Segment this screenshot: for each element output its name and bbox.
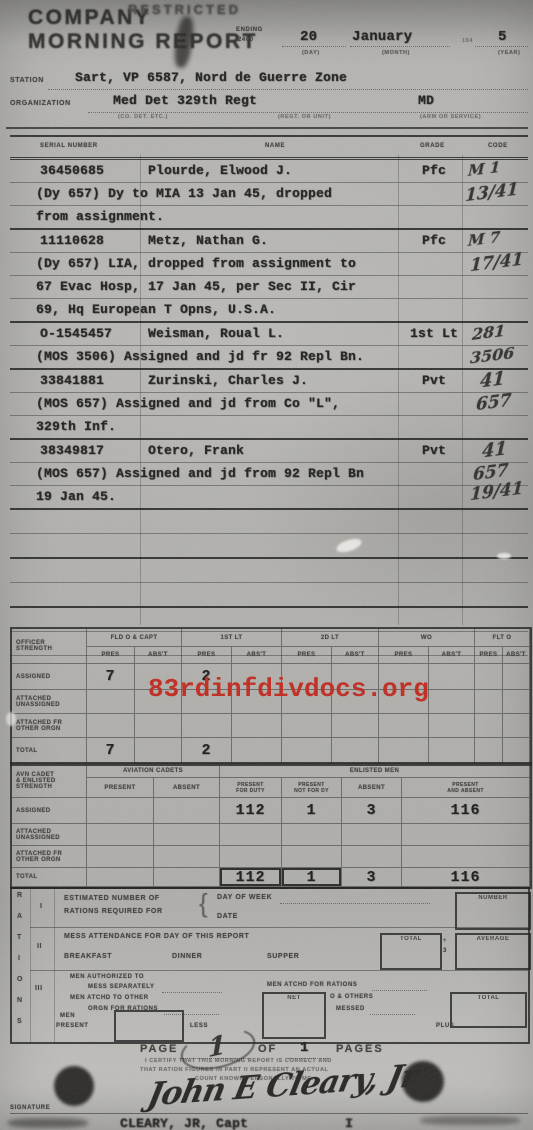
empty-cell bbox=[475, 714, 503, 738]
row-total: TOTAL bbox=[12, 868, 87, 887]
o-and-others-line1: O & OTHERS bbox=[330, 994, 373, 1000]
empty-cell bbox=[379, 738, 429, 764]
serial: 38349817 bbox=[40, 443, 104, 458]
roster-empty-row bbox=[10, 559, 528, 583]
signature-label: SIGNATURE bbox=[10, 1105, 50, 1111]
year-caption: (YEAR) bbox=[498, 50, 521, 56]
value-cell: 3 bbox=[342, 798, 402, 824]
group-1st-lt: 1ST LT bbox=[182, 629, 282, 647]
roster-row: (MOS 657) Assigned and jd from Co "L", 6… bbox=[10, 393, 528, 416]
signature-typed-fragment: I bbox=[345, 1116, 353, 1130]
subhdr-present-not-for-dy: PRESENTNOT FOR DY bbox=[282, 778, 342, 798]
remark: (MOS 3506) Assigned and jd fr 92 Repl Bn… bbox=[36, 349, 364, 364]
date-label: DATE bbox=[217, 913, 238, 920]
empty-cell bbox=[503, 690, 530, 714]
value-cell: 116 bbox=[402, 798, 530, 824]
subhdr-pres: PRES bbox=[87, 647, 135, 664]
roster-row: from assignment. bbox=[10, 206, 528, 230]
o-and-others-line2: MESSED bbox=[336, 1006, 365, 1012]
plus-label: PLUS bbox=[436, 1023, 454, 1029]
roster-empty-row bbox=[10, 534, 528, 559]
empty-cell bbox=[87, 868, 154, 887]
serial: 11110628 bbox=[40, 233, 104, 248]
roster-row: 67 Evac Hosp, 17 Jan 45, per Sec II, Cir bbox=[10, 276, 528, 299]
empty-cell bbox=[282, 824, 342, 846]
subhdr-present-and-absent: PRESENTAND ABSENT bbox=[402, 778, 530, 798]
grade: Pvt bbox=[402, 373, 466, 388]
watermark-text: 83rdinfdivdocs.org bbox=[148, 674, 429, 704]
ending-time: 2400 bbox=[238, 37, 254, 43]
morning-report-scan: COMPANY MORNING REPORT RESTRICTED ENDING… bbox=[0, 0, 533, 1130]
code-handwritten: 13/41 bbox=[465, 180, 519, 207]
empty-cell bbox=[135, 714, 182, 738]
net-box: NET bbox=[262, 992, 326, 1039]
subhdr-present-for-duty: PRESENTFOR DUTY bbox=[220, 778, 282, 798]
roster-empty-row bbox=[10, 583, 528, 608]
roster-row: 38349817 Otero, Frank Pvt 41 bbox=[10, 440, 528, 463]
breakfast-label: BREAKFAST bbox=[64, 953, 112, 960]
organization-value: Med Det 329th Regt bbox=[113, 93, 257, 108]
men-present-line1: MEN bbox=[60, 1013, 75, 1019]
group-fld-o-capt: FLD O & CAPT bbox=[87, 629, 182, 647]
subhdr-pres: PRES bbox=[475, 647, 503, 664]
number-box: NUMBER bbox=[455, 892, 531, 930]
remark: (Dy 657) Dy to MIA 13 Jan 45, dropped bbox=[36, 186, 332, 201]
part-ii: II bbox=[37, 943, 42, 950]
grade: Pvt bbox=[402, 443, 466, 458]
mess-attendance-label: MESS ATTENDANCE FOR DAY OF THIS REPORT bbox=[64, 933, 249, 940]
empty-cell bbox=[379, 714, 429, 738]
rations-letter: O bbox=[17, 976, 23, 983]
remark: 19 Jan 45. bbox=[36, 489, 116, 504]
org-caption-left: (CO. DET. ETC.) bbox=[118, 114, 168, 120]
empty-cell bbox=[332, 714, 379, 738]
subhdr-pres: PRES bbox=[282, 647, 332, 664]
empty-cell bbox=[503, 738, 530, 764]
roster-row: 19 Jan 45. 19/41 bbox=[10, 486, 528, 510]
organization-label: ORGANIZATION bbox=[10, 100, 71, 107]
code-handwritten: M 1 bbox=[468, 158, 501, 180]
org-caption-right: (ARM OR SERVICE) bbox=[420, 114, 481, 120]
rations-letter-divider bbox=[30, 889, 31, 1042]
estimated-rations-line1: ESTIMATED NUMBER OF bbox=[64, 895, 160, 902]
men-present-line2: PRESENT bbox=[56, 1023, 89, 1029]
serial: 33841881 bbox=[40, 373, 104, 388]
empty-cell bbox=[332, 738, 379, 764]
rations-letter: I bbox=[18, 955, 21, 962]
ending-label: ENDING bbox=[236, 27, 263, 33]
roster-row: (MOS 3506) Assigned and jd fr 92 Repl Bn… bbox=[10, 346, 528, 370]
part-i: I bbox=[40, 903, 43, 910]
divide-three: 3 bbox=[443, 948, 447, 954]
brace: { bbox=[199, 888, 208, 919]
of-label: OF bbox=[258, 1043, 277, 1055]
empty-cell bbox=[429, 690, 475, 714]
men-authorized-line2: MESS SEPARATELY bbox=[88, 984, 155, 990]
total-box-2: TOTAL bbox=[450, 992, 527, 1028]
empty-cell bbox=[182, 714, 232, 738]
remark: (Dy 657) LIA, dropped from assignment to bbox=[36, 256, 356, 271]
remark: (MOS 657) Assigned and jd from 92 Repl B… bbox=[36, 466, 364, 481]
empty-cell bbox=[402, 846, 530, 868]
code-handwritten: 17/41 bbox=[470, 250, 524, 277]
subhdr-abst: ABS'T bbox=[232, 647, 282, 664]
name: Metz, Nathan G. bbox=[148, 233, 268, 248]
roster-row: O-1545457 Weisman, Roual L. 1st Lt 281 bbox=[10, 323, 528, 346]
subhdr-abst: ABS'T bbox=[429, 647, 475, 664]
code-handwritten: 281 bbox=[472, 321, 506, 344]
remark: from assignment. bbox=[36, 209, 164, 224]
date-year: 5 bbox=[498, 29, 507, 45]
name: Zurinski, Charles J. bbox=[148, 373, 308, 388]
part-iii: III bbox=[35, 985, 43, 992]
empty-cell bbox=[503, 664, 530, 690]
empty-cell bbox=[429, 738, 475, 764]
date-day: 20 bbox=[300, 29, 317, 45]
cutoff-text-smear bbox=[420, 1116, 520, 1125]
subhdr-cadet-present: PRESENT bbox=[87, 778, 154, 798]
organization-arm: MD bbox=[418, 93, 434, 108]
empty-cell bbox=[282, 846, 342, 868]
roster-row: 11110628 Metz, Nathan G. Pfc M 7 bbox=[10, 230, 528, 253]
page-label: PAGE bbox=[140, 1043, 178, 1055]
value-cell: 112 bbox=[220, 868, 282, 887]
empty-cell bbox=[154, 868, 220, 887]
subhdr-absent: ABSENT bbox=[342, 778, 402, 798]
rations-divider-1 bbox=[30, 927, 528, 928]
code-handwritten: 3506 bbox=[470, 343, 515, 368]
col-serial-number: SERIAL NUMBER bbox=[40, 143, 98, 149]
cutoff-text-smear bbox=[8, 1118, 88, 1128]
group-enlisted-men: ENLISTED MEN bbox=[220, 764, 530, 778]
row-assigned: ASSIGNED bbox=[12, 798, 87, 824]
men-present-box bbox=[114, 1010, 184, 1042]
roster-row: (Dy 657) LIA, dropped from assignment to… bbox=[10, 253, 528, 276]
scratch-mark bbox=[6, 712, 16, 726]
remark: 67 Evac Hosp, 17 Jan 45, per Sec II, Cir bbox=[36, 279, 356, 294]
value-cell: 1 bbox=[282, 798, 342, 824]
remark: 329th Inf. bbox=[36, 419, 116, 434]
roster-row: 69, Hq European T Opns, U.S.A. bbox=[10, 299, 528, 323]
empty-cell bbox=[402, 824, 530, 846]
divide-sign: ÷ bbox=[443, 938, 447, 944]
form-title-line2: MORNING REPORT bbox=[28, 30, 258, 54]
empty-cell bbox=[429, 714, 475, 738]
empty-cell bbox=[232, 714, 282, 738]
value-cell: 3 bbox=[342, 868, 402, 887]
subhdr-abst: ABS'T bbox=[135, 647, 182, 664]
day-of-week-label: DAY OF WEEK bbox=[217, 894, 272, 901]
enlisted-strength-table: AVN CADET & ENLISTED STRENGTH AVIATION C… bbox=[10, 762, 532, 889]
average-box: AVERAGE bbox=[455, 933, 531, 970]
col-name: NAME bbox=[265, 143, 285, 149]
rations-divider-2 bbox=[30, 970, 528, 971]
remark: (MOS 657) Assigned and jd from Co "L", bbox=[36, 396, 340, 411]
rations-section: R A T I O N S I II III ESTIMATED NUMBER … bbox=[10, 887, 530, 1044]
empty-cell bbox=[154, 824, 220, 846]
roster-empty-row bbox=[10, 510, 528, 534]
roster-table: SERIAL NUMBER NAME GRADE CODE 36450685 P… bbox=[10, 135, 528, 656]
day-caption: (DAY) bbox=[302, 50, 320, 56]
code-handwritten: 657 bbox=[476, 391, 512, 416]
roster-row: 329th Inf. bbox=[10, 416, 528, 440]
empty-cell bbox=[342, 846, 402, 868]
estimated-rations-line2: RATIONS REQUIRED FOR bbox=[64, 908, 163, 915]
date-month: January bbox=[352, 29, 412, 45]
empty-cell bbox=[429, 664, 475, 690]
name: Plourde, Elwood J. bbox=[148, 163, 292, 178]
group-2d-lt: 2D LT bbox=[282, 629, 379, 647]
restricted-stamp: RESTRICTED bbox=[128, 2, 241, 17]
group-aviation-cadets: AVIATION CADETS bbox=[87, 764, 220, 778]
empty-cell bbox=[87, 824, 154, 846]
empty-cell bbox=[475, 690, 503, 714]
empty-cell bbox=[154, 846, 220, 868]
row-total: TOTAL bbox=[12, 738, 87, 764]
name: Weisman, Roual L. bbox=[148, 326, 284, 341]
empty-cell bbox=[220, 824, 282, 846]
rations-letter: A bbox=[17, 913, 23, 920]
rations-letter: S bbox=[17, 1018, 22, 1025]
rations-letter: T bbox=[17, 934, 22, 941]
name: Otero, Frank bbox=[148, 443, 244, 458]
col-grade: GRADE bbox=[420, 143, 445, 149]
roster-row: (MOS 657) Assigned and jd from 92 Repl B… bbox=[10, 463, 528, 486]
men-authorized-line1: MEN AUTHORIZED TO bbox=[70, 974, 144, 980]
code-handwritten: M 7 bbox=[468, 228, 501, 250]
empty-cell bbox=[135, 738, 182, 764]
grade: 1st Lt bbox=[402, 326, 466, 341]
value-cell: 7 bbox=[87, 738, 135, 764]
supper-label: SUPPER bbox=[267, 953, 299, 960]
serial: 36450685 bbox=[40, 163, 104, 178]
empty-cell bbox=[87, 714, 135, 738]
header-rule bbox=[6, 127, 528, 129]
value-cell: 1 bbox=[282, 868, 342, 887]
roster-row: (Dy 657) Dy to MIA 13 Jan 45, dropped 13… bbox=[10, 183, 528, 206]
empty-cell bbox=[342, 824, 402, 846]
serial: O-1545457 bbox=[40, 326, 112, 341]
signature-typed-name: CLEARY, JR, Capt bbox=[120, 1116, 248, 1130]
subhdr-cadet-absent: ABSENT bbox=[154, 778, 220, 798]
grade: Pfc bbox=[402, 163, 466, 178]
row-attached-unassigned: ATTACHED UNASSIGNED bbox=[12, 824, 87, 846]
empty-cell bbox=[87, 846, 154, 868]
empty-cell bbox=[220, 846, 282, 868]
group-flt-o: FLT O bbox=[475, 629, 530, 647]
station-value: Sart, VP 6587, Nord de Guerre Zone bbox=[75, 70, 347, 85]
row-attached-unassigned: ATTACHED UNASSIGNED bbox=[12, 690, 87, 714]
empty-cell bbox=[503, 714, 530, 738]
pages-count: 1 bbox=[300, 1040, 309, 1056]
men-atchd-other-line1: MEN ATCHD TO OTHER bbox=[70, 995, 149, 1001]
roster-header-row: SERIAL NUMBER NAME GRADE CODE bbox=[10, 135, 528, 160]
row-assigned: ASSIGNED bbox=[12, 664, 87, 690]
subhdr-pres: PRES bbox=[182, 647, 232, 664]
code-handwritten: 41 bbox=[482, 438, 508, 462]
total-box: TOTAL bbox=[380, 933, 442, 970]
empty-cell bbox=[475, 738, 503, 764]
signature-line bbox=[10, 1113, 528, 1114]
empty-cell bbox=[232, 738, 282, 764]
men-atchd-for-rations: MEN ATCHD FOR RATIONS bbox=[267, 982, 357, 988]
empty-cell bbox=[87, 690, 135, 714]
row-attached-fr-other: ATTACHED FR OTHER ORGN bbox=[12, 714, 87, 738]
roster-row: 33841881 Zurinski, Charles J. Pvt 41 bbox=[10, 370, 528, 393]
value-cell: 112 bbox=[220, 798, 282, 824]
rations-letter: N bbox=[17, 997, 23, 1004]
ink-smudge bbox=[172, 15, 195, 69]
empty-cell bbox=[87, 798, 154, 824]
subhdr-abst: ABS'T bbox=[503, 647, 530, 664]
value-cell: 7 bbox=[87, 664, 135, 690]
group-wo: WO bbox=[379, 629, 475, 647]
enlisted-strength-label: AVN CADET & ENLISTED STRENGTH bbox=[12, 764, 87, 798]
scratch-mark bbox=[497, 553, 511, 559]
rations-index-divider bbox=[54, 889, 55, 1042]
dinner-label: DINNER bbox=[172, 953, 202, 960]
value-cell: 116 bbox=[402, 868, 530, 887]
officer-strength-label: OFFICER STRENGTH bbox=[12, 629, 87, 664]
org-caption-mid: (REGT. OR UNIT) bbox=[278, 114, 331, 120]
less-label: LESS bbox=[190, 1023, 208, 1029]
empty-cell bbox=[282, 714, 332, 738]
empty-cell bbox=[154, 798, 220, 824]
code-handwritten: 41 bbox=[480, 368, 506, 392]
subhdr-pres: PRES bbox=[379, 647, 429, 664]
col-code: CODE bbox=[488, 143, 508, 149]
month-caption: (MONTH) bbox=[382, 50, 410, 56]
grade: Pfc bbox=[402, 233, 466, 248]
empty-cell bbox=[475, 664, 503, 690]
station-label: STATION bbox=[10, 77, 44, 84]
row-attached-fr-other: ATTACHED FR OTHER ORGN bbox=[12, 846, 87, 868]
empty-cell bbox=[282, 738, 332, 764]
year-prefix: 194 bbox=[462, 38, 473, 44]
roster-row: 36450685 Plourde, Elwood J. Pfc M 1 bbox=[10, 160, 528, 183]
remark: 69, Hq European T Opns, U.S.A. bbox=[36, 302, 276, 317]
ink-blot bbox=[54, 1066, 94, 1106]
rations-letter: R bbox=[17, 892, 23, 899]
subhdr-abst: ABS'T bbox=[332, 647, 379, 664]
pages-label: PAGES bbox=[336, 1043, 384, 1055]
value-cell: 2 bbox=[182, 738, 232, 764]
